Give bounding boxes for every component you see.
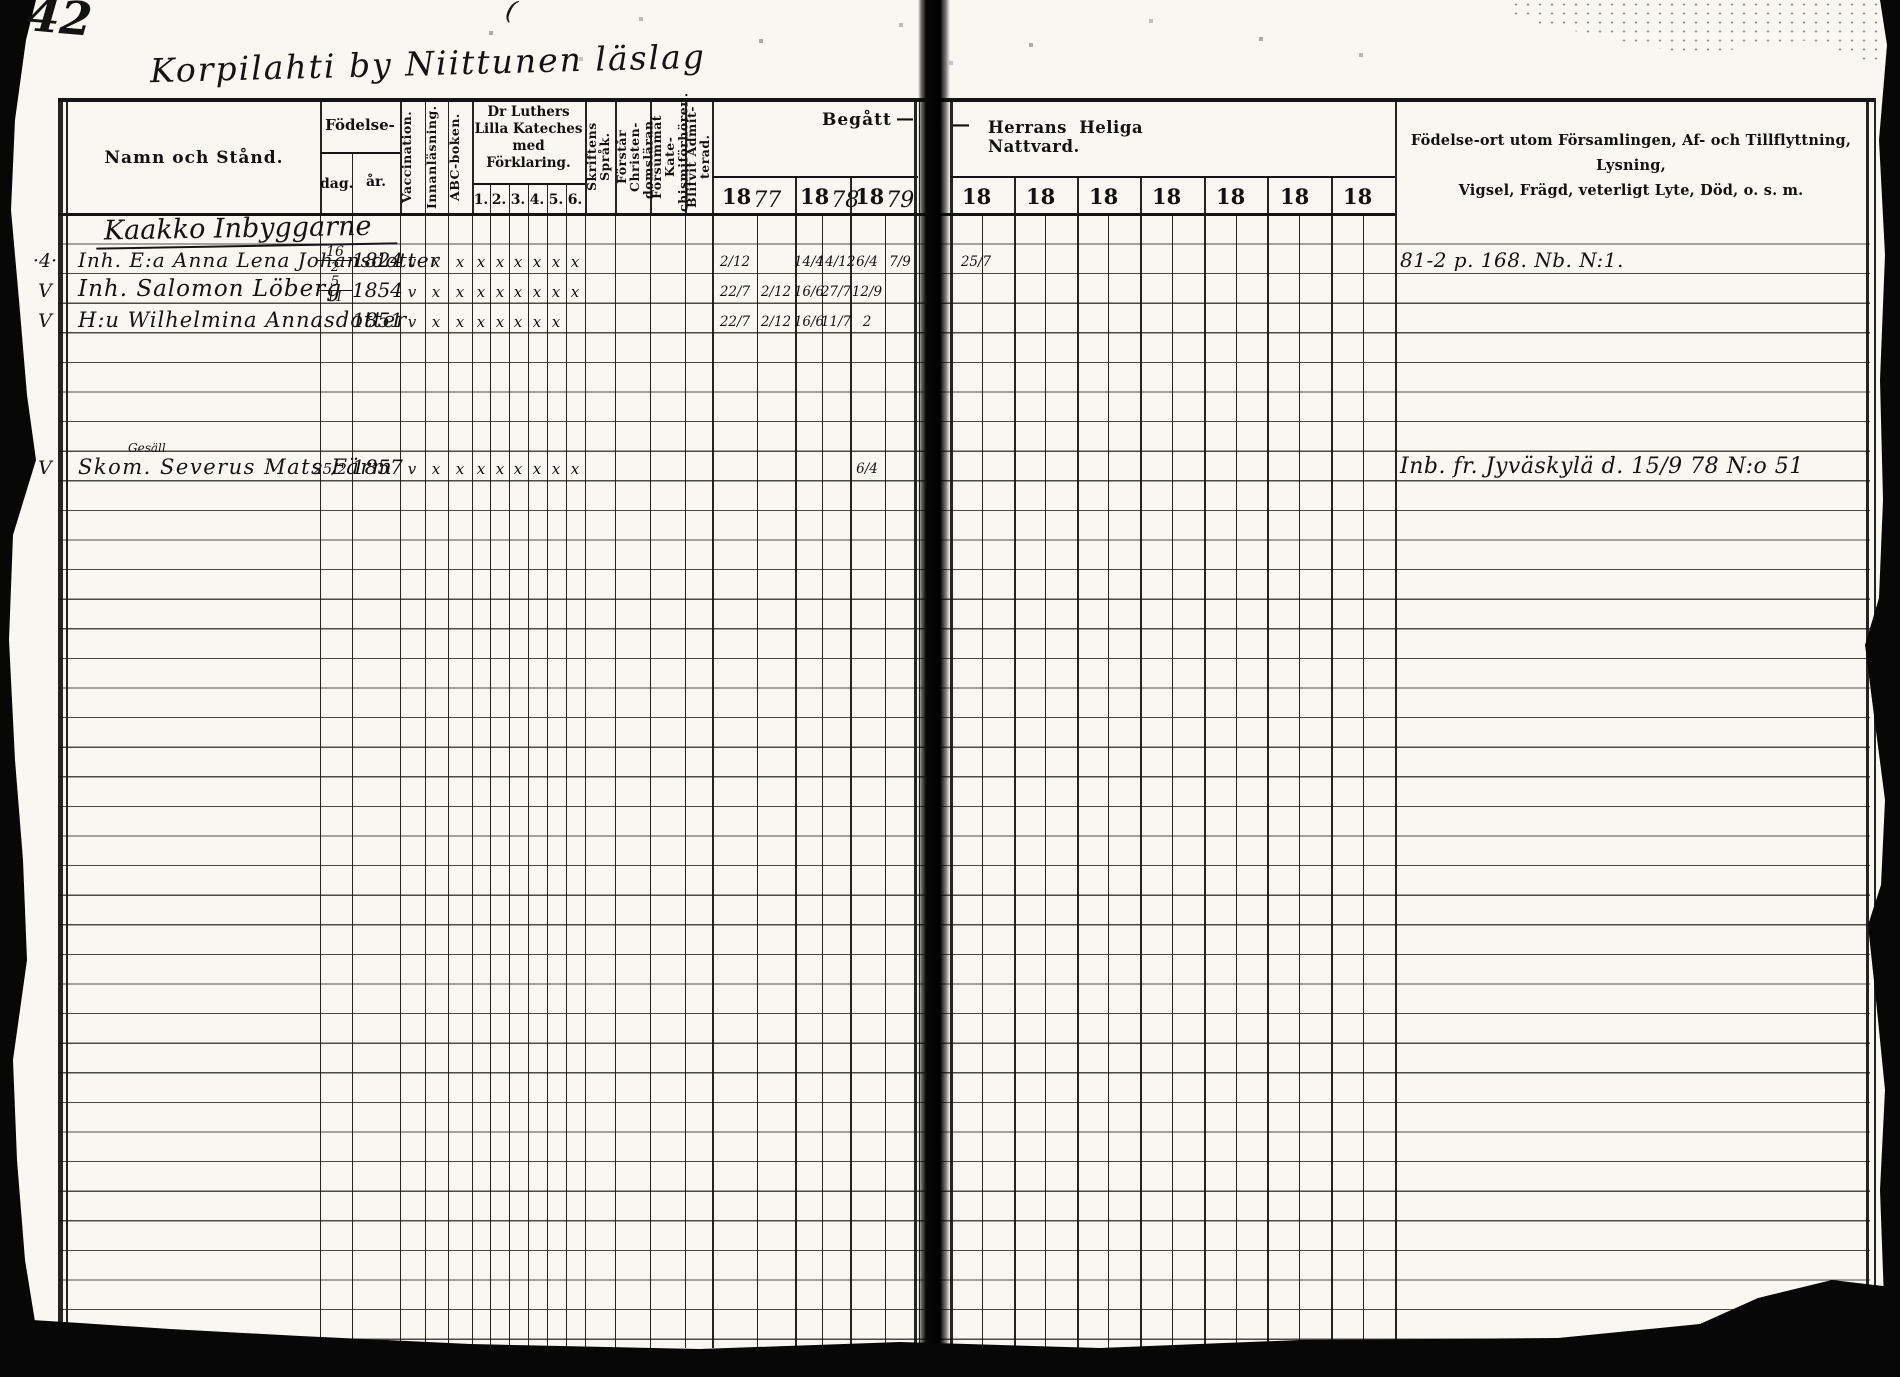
birth-day: 25 [313, 460, 332, 478]
birth-date: 511 [318, 276, 352, 304]
birth-year: 1854 [352, 278, 400, 302]
ruled-lines [58, 215, 1870, 1348]
catechism-mark-5: x [546, 253, 566, 271]
year-label-blank-4: 18 [1152, 184, 1181, 209]
communion-header-right: Herrans Heliga Nattvard. [988, 118, 1168, 156]
birth-date: 25/2 [308, 460, 352, 478]
catechism-mark-3: x [508, 283, 528, 301]
column-header-understands-doctrine: Förstår Christen­domsläran. [615, 102, 650, 212]
year-label-1878: 1878 [800, 184, 857, 210]
year-row-top-right [950, 176, 1395, 178]
communion-date-1879a: 6/4 [845, 461, 889, 477]
table-row: V H:u Wilhelmina Annasdotter 1851 v x x … [0, 304, 1900, 334]
year-handwritten: 77 [753, 188, 781, 213]
column-header-admitted: Blifvit Admit­terad. [685, 102, 712, 212]
birth-date: 162 [318, 246, 352, 274]
catechism-mark-3: x [508, 313, 528, 331]
handwritten-village-title: Korpilahti by Niittunen läslag [150, 37, 707, 91]
column-header-missed-examinations: Försummat Kate­chismiförhören. [650, 102, 685, 212]
birth-day: 5 [318, 276, 352, 291]
communion-date-1877a: 22/7 [713, 284, 757, 300]
catechism-mark-1: x [471, 283, 491, 301]
year-printed: 18 [800, 184, 829, 209]
catechism-mark-5: x [546, 283, 566, 301]
vaccination-mark: v [402, 460, 422, 478]
year-label-blank-6: 18 [1280, 184, 1309, 209]
birth-day: 16 [318, 246, 352, 261]
table-row: ·4· Inh. E:a Anna Lena Johansdotter 162 … [0, 244, 1900, 274]
column-header-name: Namn och Stånd. [68, 148, 320, 168]
reading-mark: x [426, 460, 446, 478]
catechism-subcol-4: 4. [528, 192, 546, 208]
person-name-superscript: Gesäll [128, 441, 166, 455]
catechism-subcol-6: 6. [566, 192, 584, 208]
year-printed: 18 [722, 184, 751, 209]
column-header-year: år. [352, 174, 400, 190]
column-header-reading: Innanläsning. [425, 102, 448, 212]
catechism-subcol-3: 3. [509, 192, 527, 208]
abc-mark: x [450, 283, 470, 301]
communion-date-1877a: 2/12 [713, 254, 757, 270]
birth-year: 1824 [352, 248, 400, 272]
vaccination-mark: v [402, 283, 422, 301]
catechism-mark-1: x [471, 253, 491, 271]
stray-pen-mark: ( [503, 0, 520, 27]
year-label-blank-5: 18 [1216, 184, 1245, 209]
catechism-mark-1: x [471, 460, 491, 478]
catechism-mark-2: x [490, 313, 510, 331]
catechism-mark-6: x [565, 460, 585, 478]
catechism-mark-4: x [527, 253, 547, 271]
catechism-mark-2: x [490, 253, 510, 271]
catechism-mark-5: x [546, 313, 566, 331]
remarks-header-line2: Vigsel, Frägd, veterligt Lyte, Död, o. s… [1400, 178, 1862, 203]
catechism-mark-6: x [565, 253, 585, 271]
communion-date-1879a: 12/9 [845, 284, 889, 300]
table-top-border [58, 98, 1874, 102]
remarks-header-line1: Födelse-ort utom Församlingen, Af- och T… [1400, 128, 1862, 178]
year-label-blank-7: 18 [1343, 184, 1372, 209]
margin-check: ·4· [28, 250, 62, 272]
catechism-mark-1: x [471, 313, 491, 331]
catechism-mark-6: x [565, 283, 585, 301]
birth-year: 1851 [352, 308, 400, 332]
fodelse-split-line [320, 152, 400, 154]
column-header-catechism: Dr Luthers Lilla Kateches med Förklaring… [474, 104, 583, 172]
margin-check: V [28, 310, 62, 332]
reading-mark: x [426, 253, 446, 271]
year-label-blank-2: 18 [1026, 184, 1055, 209]
vaccination-mark: v [402, 253, 422, 271]
catechism-subcol-5: 5. [547, 192, 565, 208]
year-label-blank-3: 18 [1089, 184, 1118, 209]
table-row: V Gesäll Skom. Severus Mats Färm 25/2 18… [0, 451, 1900, 481]
communion-header-dash-left: — [896, 108, 914, 129]
reading-mark: x [426, 283, 446, 301]
abc-mark: x [450, 313, 470, 331]
vaccination-mark: v [402, 313, 422, 331]
birth-year: 1857 [352, 455, 400, 479]
column-header-abc-book: ABC-boken. [448, 102, 472, 212]
abc-mark: x [450, 253, 470, 271]
year-label-blank-1: 18 [962, 184, 991, 209]
catechism-mark-4: x [527, 460, 547, 478]
remark-note: 81-2 p. 168. Nb. N:1. [1400, 248, 1870, 272]
page-number: 42 [26, 0, 94, 47]
catechism-subcol-2: 2. [490, 192, 508, 208]
catechism-mark-4: x [527, 283, 547, 301]
year-label-1877: 1877 [722, 184, 779, 210]
column-header-day: dag. [320, 176, 352, 192]
remark-note: Inb. fr. Jyväskylä d. 15/9 78 N:o 51 [1400, 454, 1870, 479]
book-binding-gutter [918, 0, 950, 1377]
catechism-mark-3: x [508, 253, 528, 271]
catechism-mark-2: x [490, 460, 510, 478]
scanned-parish-register-page: Namn och Stånd. Födelse- dag. år. Vaccin… [0, 0, 1900, 1377]
column-header-scripture: Skriftens Språk. [585, 102, 615, 212]
column-header-birth: Födelse- [320, 116, 400, 134]
year-row-top-left [712, 176, 918, 178]
scan-edge-left [0, 0, 46, 1377]
communion-date-1879a: 2 [845, 314, 889, 330]
year-printed: 18 [855, 184, 884, 209]
year-handwritten: 79 [886, 188, 914, 213]
column-header-remarks: Födelse-ort utom Församlingen, Af- och T… [1400, 128, 1862, 203]
communion-date-right: 25/7 [954, 254, 998, 270]
scan-noise-top-right [1510, 0, 1890, 72]
catechism-mark-3: x [508, 460, 528, 478]
abc-mark: x [450, 460, 470, 478]
communion-date-1877a: 22/7 [713, 314, 757, 330]
catechism-mark-4: x [527, 313, 547, 331]
birth-month: 2 [337, 460, 347, 478]
reading-mark: x [426, 313, 446, 331]
communion-header-dash-right: — [952, 114, 970, 135]
catechism-mark-5: x [546, 460, 566, 478]
table-row: V Inh. Salomon Löberg 511 1854 v x x x x… [0, 274, 1900, 304]
birth-month: 11 [318, 291, 352, 304]
column-header-vaccination: Vaccination. [400, 102, 425, 212]
birth-month: 2 [318, 261, 352, 274]
margin-check: V [28, 280, 62, 302]
communion-header-left: Begått [822, 110, 892, 130]
year-label-1879: 1879 [855, 184, 912, 210]
catechism-subcol-1: 1. [472, 192, 490, 208]
catechism-mark-2: x [490, 283, 510, 301]
scan-noise-top [430, 10, 432, 12]
communion-date-1879b: 7/9 [878, 254, 922, 270]
kateches-subrow-line [472, 183, 585, 185]
person-name: Inh. Salomon Löberg [78, 276, 342, 302]
